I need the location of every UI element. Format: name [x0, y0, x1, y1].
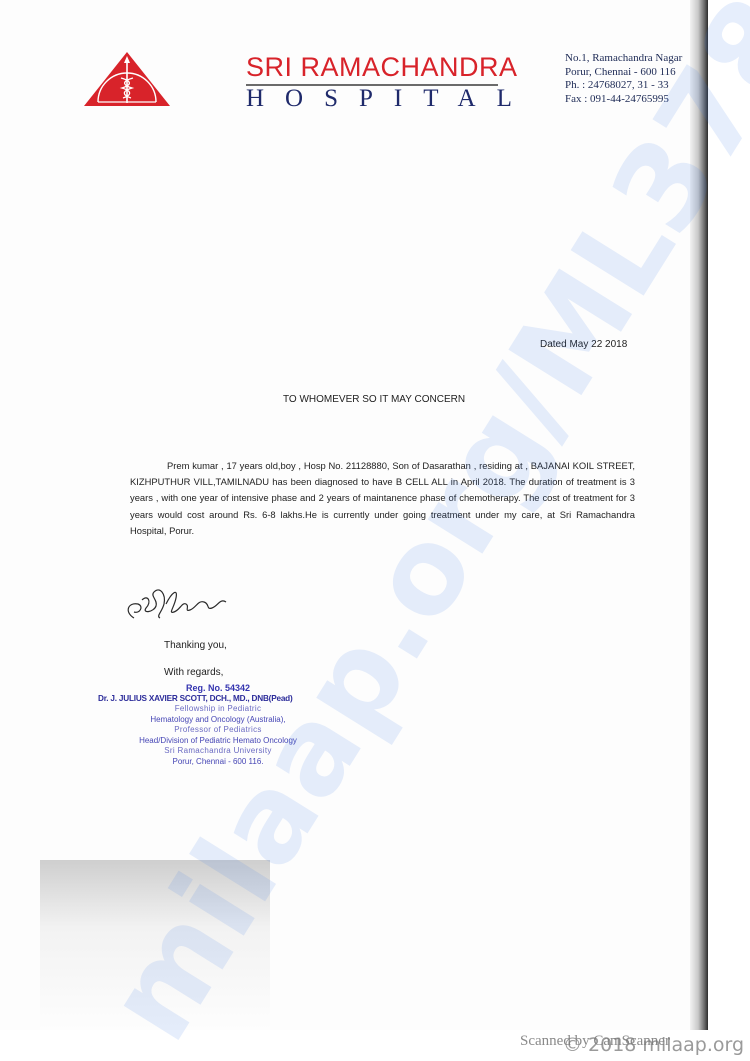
letter-subject: TO WHOMEVER SO IT MAY CONCERN — [283, 394, 465, 405]
hospital-subtitle: HOSPITAL — [246, 85, 533, 113]
stamp-line: Porur, Chennai - 600 116. — [98, 757, 338, 768]
closing-text: Thanking you, — [164, 640, 227, 651]
regards-text: With regards, — [164, 667, 223, 678]
scan-page-edge — [690, 0, 708, 1030]
hospital-address: No.1, Ramachandra Nagar Porur, Chennai -… — [565, 52, 705, 106]
phone-line: Ph. : 24768027, 31 - 33 — [565, 79, 705, 93]
doctor-stamp: Reg. No. 54342 Dr. J. JULIUS XAVIER SCOT… — [98, 683, 338, 767]
signature-icon — [120, 582, 250, 624]
stamp-line: Fellowship in Pediatric — [98, 704, 338, 715]
scan-shadow — [40, 860, 270, 1030]
stamp-line: Sri Ramachandra University — [98, 746, 338, 757]
letter-body: Prem kumar , 17 years old,boy , Hosp No.… — [130, 458, 635, 539]
stamp-line: Head/Division of Pediatric Hemato Oncolo… — [98, 736, 338, 747]
address-line: Porur, Chennai - 600 116 — [565, 66, 705, 80]
hospital-name: SRI RAMACHANDRA — [246, 52, 518, 83]
letter-date: Dated May 22 2018 — [540, 339, 627, 350]
stamp-doctor-name: Dr. J. JULIUS XAVIER SCOTT, DCH., MD., D… — [98, 694, 338, 705]
fax-line: Fax : 091-44-24765995 — [565, 93, 705, 107]
stamp-line: Professor of Pediatrics — [98, 725, 338, 736]
stamp-reg-no: Reg. No. 54342 — [98, 683, 338, 694]
copyright-text: © 2018 milaap.org — [563, 1034, 744, 1056]
stamp-line: Hematology and Oncology (Australia), — [98, 715, 338, 726]
address-line: No.1, Ramachandra Nagar — [565, 52, 705, 66]
caduceus-triangle-icon — [82, 50, 172, 108]
